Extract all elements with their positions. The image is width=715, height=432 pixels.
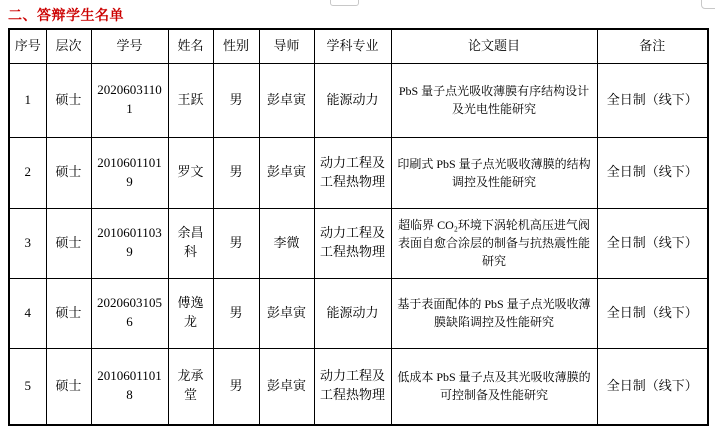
header-row: 序号层次学号姓名性别导师学科专业论文题目备注: [9, 29, 708, 63]
table-cell: 低成本 PbS 量子点及其光吸收薄膜的可控制备及性能研究: [391, 348, 597, 425]
table-row: 3硕士20106011039余昌科男李微动力工程及工程热物理超临界 CO₂环境下…: [9, 208, 708, 278]
table-cell: 3: [9, 208, 46, 278]
cutoff-toolbar-corner-fragment: [701, 0, 715, 9]
table-cell: 动力工程及工程热物理: [314, 137, 391, 208]
table-cell: 余昌科: [168, 208, 213, 278]
table-cell: 傅逸龙: [168, 278, 213, 348]
table-cell: 男: [213, 208, 259, 278]
table-row: 5硕士20106011018龙承堂男彭卓寅动力工程及工程热物理低成本 PbS 量…: [9, 348, 708, 425]
table-cell: 20106011019: [91, 137, 168, 208]
table-cell: 超临界 CO₂环境下涡轮机高压进气阀表面自愈合涂层的制备与抗热震性能研究: [391, 208, 597, 278]
table-cell: 20106011018: [91, 348, 168, 425]
table-cell: 全日制（线下）: [597, 208, 708, 278]
table-cell: 2: [9, 137, 46, 208]
table-cell: 硕士: [46, 278, 91, 348]
table-cell: 李微: [259, 208, 314, 278]
table-cell: 男: [213, 137, 259, 208]
table-cell: PbS 量子点光吸收薄膜有序结构设计及光电性能研究: [391, 63, 597, 137]
table-cell: 男: [213, 63, 259, 137]
table-cell: 全日制（线下）: [597, 63, 708, 137]
table-cell: 硕士: [46, 208, 91, 278]
table-cell: 20106011039: [91, 208, 168, 278]
table-cell: 能源动力: [314, 278, 391, 348]
table-row: 2硕士20106011019罗文男彭卓寅动力工程及工程热物理印刷式 PbS 量子…: [9, 137, 708, 208]
table-cell: 20206031101: [91, 63, 168, 137]
table-cell: 基于表面配体的 PbS 量子点光吸收薄膜缺陷调控及性能研究: [391, 278, 597, 348]
table-cell: 罗文: [168, 137, 213, 208]
table-cell: 男: [213, 278, 259, 348]
table-cell: 硕士: [46, 63, 91, 137]
table-cell: 5: [9, 348, 46, 425]
table-cell: 4: [9, 278, 46, 348]
table-cell: 硕士: [46, 137, 91, 208]
column-header-1: 层次: [46, 29, 91, 63]
table-body: 1硕士20206031101王跃男彭卓寅能源动力PbS 量子点光吸收薄膜有序结构…: [9, 63, 708, 425]
column-header-4: 性别: [213, 29, 259, 63]
table-cell: 彭卓寅: [259, 137, 314, 208]
table-cell: 全日制（线下）: [597, 348, 708, 425]
page-title: 二、答辩学生名单: [8, 5, 124, 25]
table-row: 1硕士20206031101王跃男彭卓寅能源动力PbS 量子点光吸收薄膜有序结构…: [9, 63, 708, 137]
table-cell: 20206031056: [91, 278, 168, 348]
table-cell: 印刷式 PbS 量子点光吸收薄膜的结构调控及性能研究: [391, 137, 597, 208]
column-header-8: 备注: [597, 29, 708, 63]
table-cell: 动力工程及工程热物理: [314, 348, 391, 425]
table-cell: 王跃: [168, 63, 213, 137]
table-cell: 彭卓寅: [259, 348, 314, 425]
column-header-2: 学号: [91, 29, 168, 63]
table-cell: 全日制（线下）: [597, 278, 708, 348]
column-header-6: 学科专业: [314, 29, 391, 63]
table-cell: 能源动力: [314, 63, 391, 137]
table-cell: 1: [9, 63, 46, 137]
column-header-5: 导师: [259, 29, 314, 63]
table-cell: 彭卓寅: [259, 63, 314, 137]
column-header-3: 姓名: [168, 29, 213, 63]
defense-students-table: 序号层次学号姓名性别导师学科专业论文题目备注 1硕士20206031101王跃男…: [8, 28, 709, 426]
table-cell: 龙承堂: [168, 348, 213, 425]
table-cell: 男: [213, 348, 259, 425]
column-header-7: 论文题目: [391, 29, 597, 63]
table-row: 4硕士20206031056傅逸龙男彭卓寅能源动力基于表面配体的 PbS 量子点…: [9, 278, 708, 348]
column-header-0: 序号: [9, 29, 46, 63]
table-cell: 硕士: [46, 348, 91, 425]
table-cell: 彭卓寅: [259, 278, 314, 348]
cutoff-toolbar-fragment: [330, 0, 359, 6]
table-cell: 全日制（线下）: [597, 137, 708, 208]
table-cell: 动力工程及工程热物理: [314, 208, 391, 278]
